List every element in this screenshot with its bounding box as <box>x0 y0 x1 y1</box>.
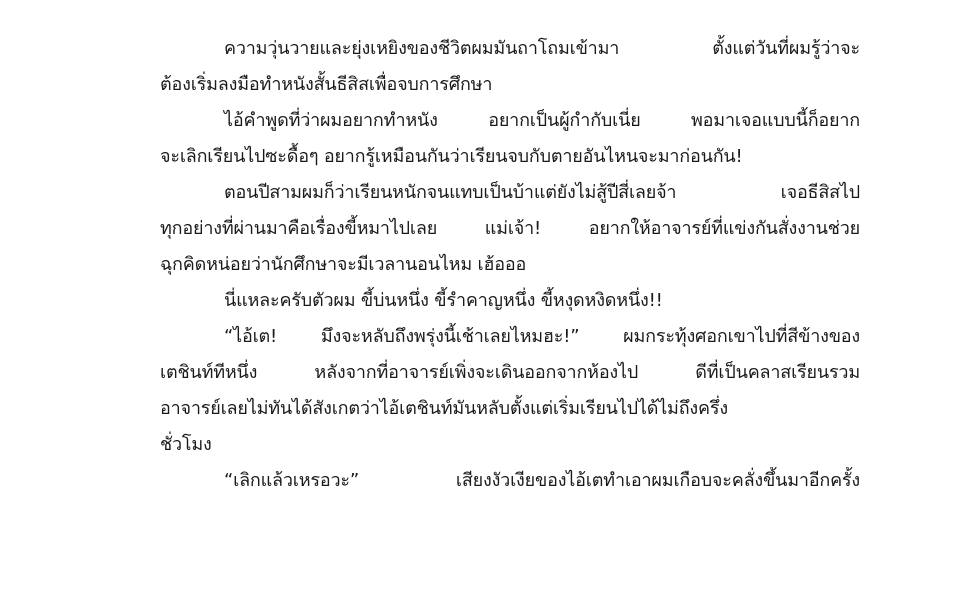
text-line: ตอนปีสามผมก็ว่าเรียนหนักจนแทบเป็นบ้าแต่ย… <box>160 175 860 211</box>
text-line: ต้องเริ่มลงมือทำหนังสั้นธีสิสเพื่อจบการศ… <box>160 67 860 103</box>
paragraph: ความวุ่นวายและยุ่งเหยิงของชีวิตผมมันถาโถ… <box>160 31 860 103</box>
text-line: เตชินท์ทีหนึ่ง หลังจากที่อาจารย์เพิ่งจะเ… <box>160 355 860 391</box>
text-line: นี่แหละครับตัวผม ขี้บ่นหนึ่ง ขี้รำคาญหนึ… <box>160 283 860 319</box>
text-line: จะเลิกเรียนไปซะดื้อๆ อยากรู้เหมือนกันว่า… <box>160 139 860 175</box>
text-line: ชั่วโมง <box>160 427 860 463</box>
text-line: “เลิกแล้วเหรอวะ” เสียงงัวเงียของไอ้เตทำเ… <box>160 463 860 499</box>
paragraph: ไอ้คำพูดที่ว่าผมอยากทำหนัง อยากเป็นผู้กำ… <box>160 103 860 175</box>
text-line: ไอ้คำพูดที่ว่าผมอยากทำหนัง อยากเป็นผู้กำ… <box>160 103 860 139</box>
paragraph: นี่แหละครับตัวผม ขี้บ่นหนึ่ง ขี้รำคาญหนึ… <box>160 283 860 319</box>
text-line: ความวุ่นวายและยุ่งเหยิงของชีวิตผมมันถาโถ… <box>160 31 860 67</box>
text-line: ทุกอย่างที่ผ่านมาคือเรื่องขี้หมาไปเลย แม… <box>160 211 860 247</box>
text-line: “ไอ้เต! มึงจะหลับถึงพรุ่งนี้เช้าเลยไหมฮะ… <box>160 319 860 355</box>
text-line: ฉุกคิดหน่อยว่านักศึกษาจะมีเวลานอนไหม เฮ้… <box>160 247 860 283</box>
paragraph: “เลิกแล้วเหรอวะ” เสียงงัวเงียของไอ้เตทำเ… <box>160 463 860 499</box>
paragraph: “ไอ้เต! มึงจะหลับถึงพรุ่งนี้เช้าเลยไหมฮะ… <box>160 319 860 463</box>
paragraph: ตอนปีสามผมก็ว่าเรียนหนักจนแทบเป็นบ้าแต่ย… <box>160 175 860 283</box>
document-page: ความวุ่นวายและยุ่งเหยิงของชีวิตผมมันถาโถ… <box>160 31 860 499</box>
text-line: อาจารย์เลยไม่ทันได้สังเกตว่าไอ้เตชินท์มั… <box>160 391 860 427</box>
